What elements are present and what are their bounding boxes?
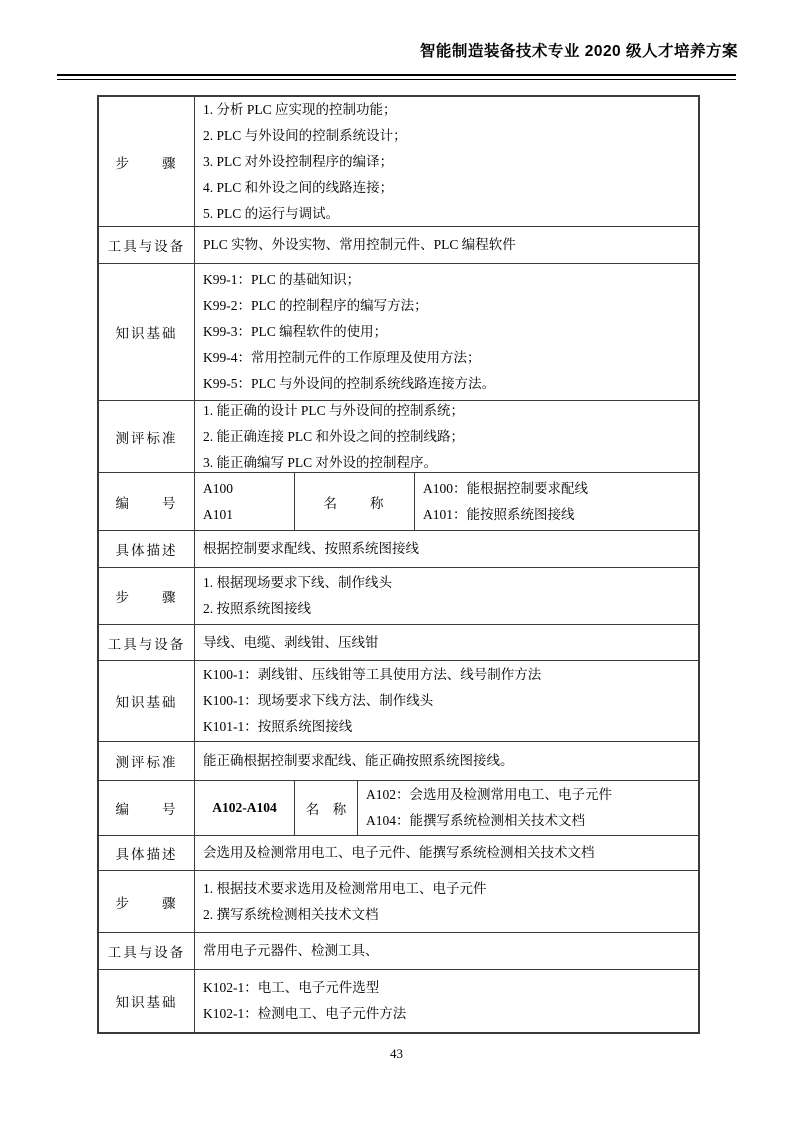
row-content: 能正确根据控制要求配线、能正确按照系统图接线。 — [195, 742, 698, 780]
row-content: K100-1：剥线钳、压线钳等工具使用方法、线号制作方法 K100-1：现场要求… — [195, 661, 698, 741]
code-cell: A100 A101 — [195, 473, 295, 530]
text-line: A101：能按照系统图接线 — [423, 502, 690, 528]
text-line: K99-2：PLC 的控制程序的编写方法； — [203, 293, 690, 319]
table-row: 步 骤 1. 根据现场要求下线、制作线头 2. 按照系统图接线 — [99, 567, 698, 624]
row-label: 知识基础 — [99, 661, 195, 741]
row-content: 1. 分析 PLC 应实现的控制功能； 2. PLC 与外设间的控制系统设计； … — [195, 97, 698, 226]
text-line: 3. 能正确编写 PLC 对外设的控制程序。 — [203, 450, 690, 476]
row-content: 根据控制要求配线、按照系统图接线 — [195, 531, 698, 567]
code-value: A102-A104 — [212, 795, 277, 821]
text-line: K100-1：现场要求下线方法、制作线头 — [203, 688, 690, 714]
row-label: 步 骤 — [99, 568, 195, 624]
text-line: K99-3：PLC 编程软件的使用； — [203, 319, 690, 345]
row-label: 编 号 — [99, 473, 195, 530]
table-row: 工具与设备 常用电子元器件、检测工具、 — [99, 932, 698, 969]
row-content: 导线、电缆、剥线钳、压线钳 — [195, 625, 698, 660]
table-row-code: 编 号 A100 A101 名 称 A100：能根据控制要求配线 A101：能按… — [99, 472, 698, 530]
table-row: 知识基础 K102-1：电工、电子元件选型 K102-1：检测电工、电子元件方法 — [99, 969, 698, 1032]
text-line: 导线、电缆、剥线钳、压线钳 — [203, 630, 690, 656]
text-line: A104：能撰写系统检测相关技术文档 — [366, 808, 690, 834]
text-line: 根据控制要求配线、按照系统图接线 — [203, 536, 690, 562]
row-label: 知识基础 — [99, 264, 195, 400]
row-label: 工具与设备 — [99, 933, 195, 969]
name-label: 名 称 — [295, 781, 358, 835]
text-line: 2. 撰写系统检测相关技术文档 — [203, 902, 690, 928]
header-divider-rule — [57, 74, 736, 80]
text-line: 1. 根据技术要求选用及检测常用电工、电子元件 — [203, 876, 690, 902]
text-line: K101-1：按照系统图接线 — [203, 714, 690, 740]
training-task-table: 步 骤 1. 分析 PLC 应实现的控制功能； 2. PLC 与外设间的控制系统… — [97, 95, 700, 1034]
row-content: 常用电子元器件、检测工具、 — [195, 933, 698, 969]
page-header-title: 智能制造装备技术专业 2020 级人才培养方案 — [420, 39, 738, 61]
row-content: 1. 根据技术要求选用及检测常用电工、电子元件 2. 撰写系统检测相关技术文档 — [195, 871, 698, 932]
text-line: 4. PLC 和外设之间的线路连接； — [203, 175, 690, 201]
text-line: 2. 能正确连接 PLC 和外设之间的控制线路； — [203, 424, 690, 450]
text-line: 常用电子元器件、检测工具、 — [203, 938, 690, 964]
text-line: K102-1：检测电工、电子元件方法 — [203, 1001, 690, 1027]
text-line: A100：能根据控制要求配线 — [423, 476, 690, 502]
row-label: 步 骤 — [99, 871, 195, 932]
row-content: K102-1：电工、电子元件选型 K102-1：检测电工、电子元件方法 — [195, 970, 698, 1032]
code-value: A100 — [203, 476, 233, 502]
text-line: K99-5：PLC 与外设间的控制系统线路连接方法。 — [203, 371, 690, 397]
row-content: A100：能根据控制要求配线 A101：能按照系统图接线 — [415, 473, 698, 530]
row-label: 具体描述 — [99, 836, 195, 870]
text-line: 1. 根据现场要求下线、制作线头 — [203, 570, 690, 596]
text-line: 2. 按照系统图接线 — [203, 596, 690, 622]
text-line: A102：会选用及检测常用电工、电子元件 — [366, 782, 690, 808]
text-line: K99-1：PLC 的基础知识； — [203, 267, 690, 293]
row-content: PLC 实物、外设实物、常用控制元件、PLC 编程软件 — [195, 227, 698, 263]
text-line: K102-1：电工、电子元件选型 — [203, 975, 690, 1001]
row-label: 测评标准 — [99, 742, 195, 780]
name-label: 名 称 — [295, 473, 415, 530]
table-row: 具体描述 根据控制要求配线、按照系统图接线 — [99, 530, 698, 567]
table-row: 具体描述 会选用及检测常用电工、电子元件、能撰写系统检测相关技术文档 — [99, 835, 698, 870]
text-line: 能正确根据控制要求配线、能正确按照系统图接线。 — [203, 748, 690, 774]
row-content: 1. 能正确的设计 PLC 与外设间的控制系统； 2. 能正确连接 PLC 和外… — [195, 401, 698, 472]
row-label: 测评标准 — [99, 401, 195, 472]
row-label: 编 号 — [99, 781, 195, 835]
text-line: 3. PLC 对外设控制程序的编译； — [203, 149, 690, 175]
code-cell: A102-A104 — [195, 781, 295, 835]
text-line: 2. PLC 与外设间的控制系统设计； — [203, 123, 690, 149]
row-content: 会选用及检测常用电工、电子元件、能撰写系统检测相关技术文档 — [195, 836, 698, 870]
row-label: 工具与设备 — [99, 625, 195, 660]
text-line: K100-1：剥线钳、压线钳等工具使用方法、线号制作方法 — [203, 662, 690, 688]
row-content: K99-1：PLC 的基础知识； K99-2：PLC 的控制程序的编写方法； K… — [195, 264, 698, 400]
row-content: 1. 根据现场要求下线、制作线头 2. 按照系统图接线 — [195, 568, 698, 624]
table-row: 知识基础 K99-1：PLC 的基础知识； K99-2：PLC 的控制程序的编写… — [99, 263, 698, 400]
text-line: K99-4：常用控制元件的工作原理及使用方法； — [203, 345, 690, 371]
row-label: 工具与设备 — [99, 227, 195, 263]
page-number: 43 — [0, 1046, 793, 1062]
row-content: A102：会选用及检测常用电工、电子元件 A104：能撰写系统检测相关技术文档 — [358, 781, 698, 835]
text-line: 5. PLC 的运行与调试。 — [203, 201, 690, 227]
table-row: 知识基础 K100-1：剥线钳、压线钳等工具使用方法、线号制作方法 K100-1… — [99, 660, 698, 741]
table-row: 测评标准 1. 能正确的设计 PLC 与外设间的控制系统； 2. 能正确连接 P… — [99, 400, 698, 472]
text-line: PLC 实物、外设实物、常用控制元件、PLC 编程软件 — [203, 232, 690, 258]
table-row: 工具与设备 导线、电缆、剥线钳、压线钳 — [99, 624, 698, 660]
table-row: 测评标准 能正确根据控制要求配线、能正确按照系统图接线。 — [99, 741, 698, 780]
code-value: A101 — [203, 502, 233, 528]
table-row: 工具与设备 PLC 实物、外设实物、常用控制元件、PLC 编程软件 — [99, 226, 698, 263]
text-line: 1. 分析 PLC 应实现的控制功能； — [203, 97, 690, 123]
row-label: 知识基础 — [99, 970, 195, 1032]
text-line: 1. 能正确的设计 PLC 与外设间的控制系统； — [203, 398, 690, 424]
table-row: 步 骤 1. 分析 PLC 应实现的控制功能； 2. PLC 与外设间的控制系统… — [99, 97, 698, 226]
row-label: 具体描述 — [99, 531, 195, 567]
table-row-code: 编 号 A102-A104 名 称 A102：会选用及检测常用电工、电子元件 A… — [99, 780, 698, 835]
table-row: 步 骤 1. 根据技术要求选用及检测常用电工、电子元件 2. 撰写系统检测相关技… — [99, 870, 698, 932]
row-label: 步 骤 — [99, 97, 195, 226]
text-line: 会选用及检测常用电工、电子元件、能撰写系统检测相关技术文档 — [203, 840, 690, 866]
